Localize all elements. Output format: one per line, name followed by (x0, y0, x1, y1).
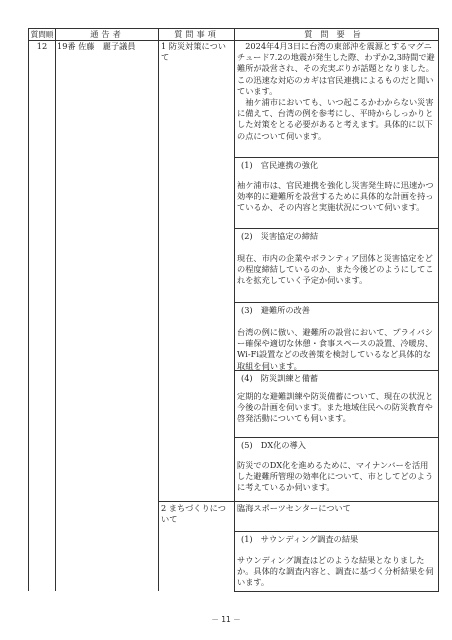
summary-1-intro-p2: 袖ケ浦市においても、いつ起こるかわからない災害に備えて、台湾の例を参考にし、平時… (237, 97, 435, 142)
divider-item2 (158, 501, 439, 502)
sub-1-5-body: 防災でのDX化を進めるために、マイナンバーを活用した避難所管理の効率化について、… (237, 460, 435, 494)
col-divider-3 (234, 28, 235, 592)
table-bottom-border-summary (234, 591, 439, 592)
header-subject: 質問事項 (159, 29, 234, 40)
col-divider-1 (55, 28, 56, 591)
sub-1-2-body: 現在、市内の企業やボランティア団体と災害協定をどの程度締結しているのか、また今後… (237, 253, 435, 287)
header-order: 質問順 (29, 29, 55, 40)
summary-1-intro: 2024年4月3日に台湾の東部沖を震源とするマグニチュード7.2の地震が発生した… (237, 41, 435, 142)
table-left-border (28, 28, 29, 591)
col-divider-2 (158, 28, 159, 591)
sub-1-2-title: (2) 災害協定の締結 (241, 231, 318, 242)
header-summary: 質問要旨 (235, 29, 438, 40)
question-order: 12 (29, 41, 55, 52)
subject-1: 1 防災対策について (161, 41, 227, 63)
subject-2: 2 まちづくりについて (161, 503, 229, 525)
divider-sub5 (234, 437, 439, 438)
divider-item2-sub1 (234, 531, 439, 532)
summary-1-intro-p1: 2024年4月3日に台湾の東部沖を震源とするマグニチュード7.2の地震が発生した… (237, 41, 435, 97)
sub-1-3-body: 台湾の例に倣い、避難所の設営において、プライバシー確保や適切な休憩・食事スペース… (237, 327, 435, 372)
sub-1-5-title: (5) DX化の導入 (241, 440, 306, 451)
divider-sub2 (234, 228, 439, 229)
header-questioner: 通告者 (56, 29, 158, 40)
sub-1-4-title: (4) 防災訓練と備蓄 (241, 373, 318, 384)
sub-1-1-body: 袖ケ浦市は、官民連携を強化し災害発生時に迅速かつ効率的に避難所を設営するために具… (237, 180, 435, 214)
sub-1-3-title: (3) 避難所の改善 (241, 305, 310, 316)
sub-1-1-title: (1) 官民連携の強化 (241, 160, 318, 171)
summary-2-intro: 臨海スポーツセンターについて (237, 503, 435, 514)
divider-sub3 (234, 302, 439, 303)
questioner-name: 19番 佐藤 麗子議員 (57, 41, 157, 52)
page-number: － 11 － (0, 614, 452, 625)
sub-2-1-body: サウンディング調査はどのような結果となりましたか。具体的な調査内容と、調査に基づ… (237, 555, 435, 589)
document-page: 質問順 通告者 質問事項 質問要旨 12 19番 佐藤 麗子議員 1 防災対策に… (0, 0, 452, 640)
sub-1-4-body: 定期的な避難訓練や防災備蓄について、現在の状況と今後の計画を伺います。また地域住… (237, 391, 435, 425)
table-right-border (438, 28, 439, 592)
sub-2-1-title: (1) サウンディング調査の結果 (241, 534, 358, 545)
divider-sub1 (234, 157, 439, 158)
